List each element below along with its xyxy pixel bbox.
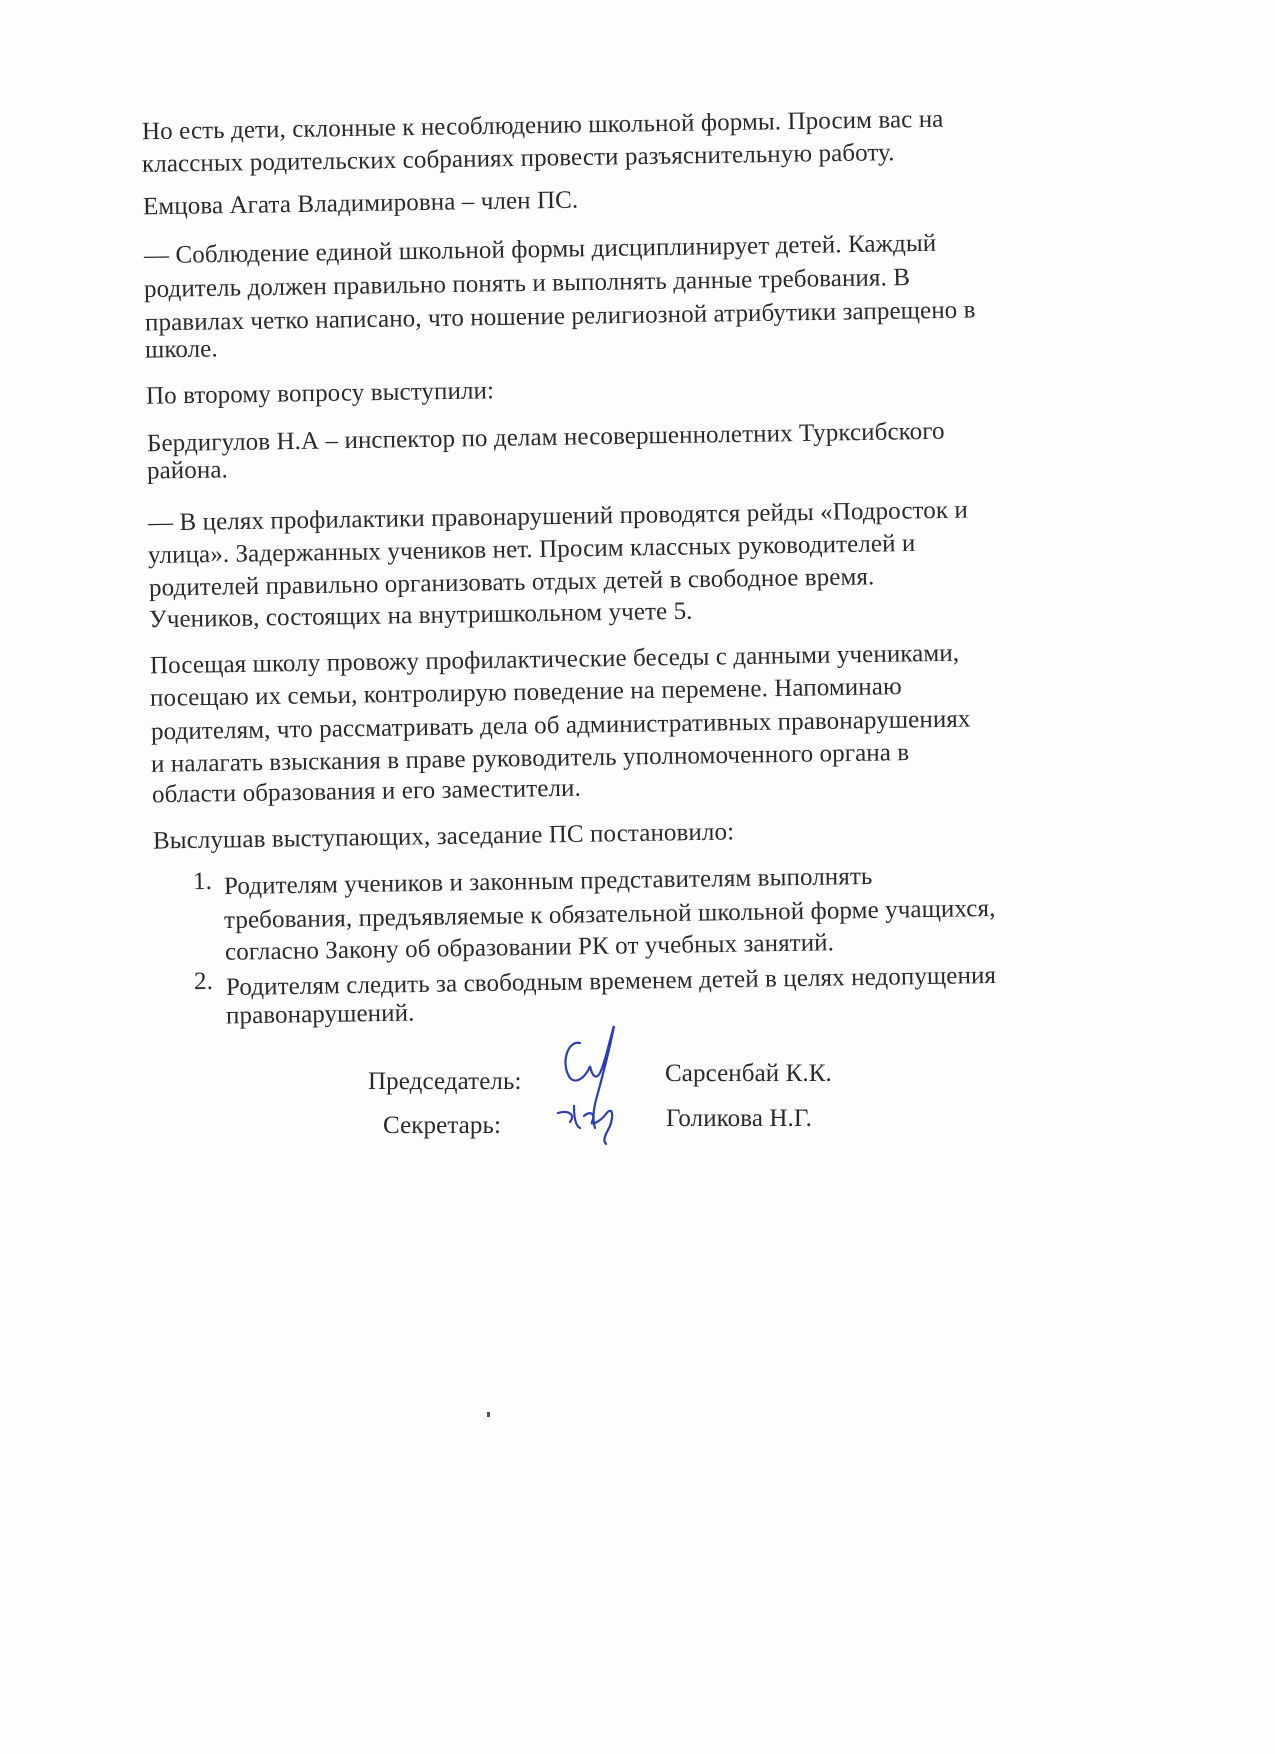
list-number: 1. [193, 868, 212, 896]
list-item: требования, предъявляемые к обязательной… [224, 895, 996, 935]
speaker-line: Емцова Агата Владимировна – член ПС. [143, 187, 579, 222]
text-line: школе. [145, 335, 218, 364]
speaker-line: Бердигулов Н.А – инспектор по делам несо… [147, 418, 945, 459]
secretary-label: Секретарь: [383, 1112, 501, 1140]
text-line: области образования и его заместители. [152, 775, 581, 810]
scan-speck [487, 1412, 490, 1417]
document-page: Но есть дети, склонные к несоблюдению шк… [0, 0, 1275, 1754]
text-line: посещаю их семьи, контролирую поведение … [150, 673, 902, 713]
list-item: согласно Закону об образовании РК от уче… [225, 929, 834, 967]
speaker-line: района. [147, 456, 228, 485]
signature-icon [540, 1018, 640, 1148]
list-item: Родителям следить за свободным временем … [226, 962, 996, 1002]
text-line: и налагать взыскания в праве руководител… [151, 739, 910, 779]
list-item: Родителям учеников и законным представит… [224, 863, 873, 901]
chair-label: Председатель: [368, 1068, 522, 1096]
section-heading: По второму вопросу выступили: [146, 377, 494, 410]
text-line: правилах четко написано, что ношение рел… [145, 296, 976, 337]
list-number: 2. [194, 968, 213, 996]
resolution-heading: Выслушав выступающих, заседание ПС поста… [153, 818, 735, 855]
list-item: правонарушений. [226, 1000, 415, 1031]
chair-name: Сарсенбай К.К. [665, 1060, 832, 1088]
secretary-name: Голикова Н.Г. [666, 1105, 812, 1133]
text-line: Учеников, состоящих на внутришкольном уч… [149, 598, 693, 635]
text-line: родителей правильно организовать отдых д… [149, 563, 875, 602]
text-line: классных родительских собраниях провести… [142, 139, 895, 179]
text-line: — Соблюдение единой школьной формы дисци… [144, 230, 937, 270]
text-line: родитель должен правильно понять и выпол… [144, 264, 910, 304]
